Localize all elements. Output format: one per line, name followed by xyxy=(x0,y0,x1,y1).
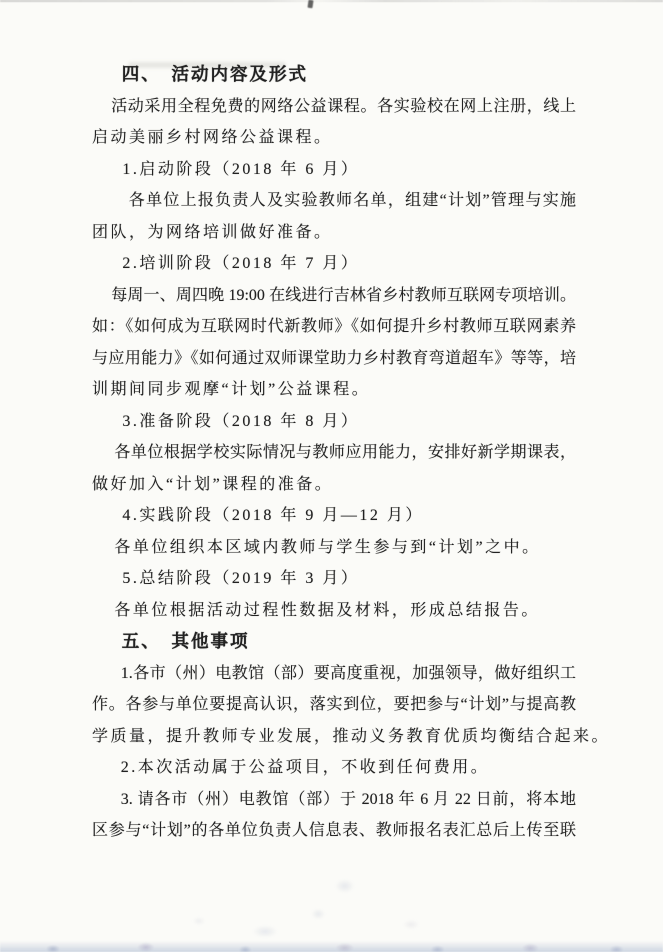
document-page: 四、 活动内容及形式活动采用全程免费的网络公益课程。各实验校在网上注册，线上启动… xyxy=(0,0,663,952)
paragraph-line: 3.准备阶段（2018 年 8 月） xyxy=(92,406,576,438)
paragraph-line: 学质量，提升教师专业发展，推动义务教育优质均衡结合起来。 xyxy=(92,721,576,753)
section-heading: 四、 活动内容及形式 xyxy=(92,59,576,91)
paragraph: 2.本次活动属于公益项目，不收到任何费用。 xyxy=(92,752,576,784)
section-heading-line: 五、 其他事项 xyxy=(92,626,576,658)
paragraph-line: 2.培训阶段（2018 年 7 月） xyxy=(92,248,576,280)
paragraph-line: 2.本次活动属于公益项目，不收到任何费用。 xyxy=(92,752,576,784)
paragraph-line: 训期间同步观摩“计划”公益课程。 xyxy=(92,374,576,406)
paragraph: 1.启动阶段（2018 年 6 月） xyxy=(92,154,576,186)
paragraph: 1.各市（州）电教馆（部）要高度重视，加强领导，做好组织工作。各参与单位要提高认… xyxy=(92,658,576,753)
section-heading: 五、 其他事项 xyxy=(92,626,576,658)
paragraph-line: 各单位根据活动过程性数据及材料，形成总结报告。 xyxy=(92,595,576,627)
section-heading-line: 四、 活动内容及形式 xyxy=(92,59,576,91)
scan-artifact-top-edge-line xyxy=(0,0,663,2)
paragraph: 活动采用全程免费的网络公益课程。各实验校在网上注册，线上启动美丽乡村网络公益课程… xyxy=(92,91,576,154)
paragraph-line: 做好加入“计划”课程的准备。 xyxy=(92,469,576,501)
paragraph: 2.培训阶段（2018 年 7 月） xyxy=(92,248,576,280)
paragraph-line: 如：《如何成为互联网时代新教师》《如何提升乡村教师互联网素养 xyxy=(92,311,576,343)
paragraph-line: 团队，为网络培训做好准备。 xyxy=(92,217,576,249)
paragraph-line: 作。各参与单位要提高认识，落实到位，要把参与“计划”与提高教 xyxy=(92,689,576,721)
paragraph-line: 4.实践阶段（2018 年 9 月—12 月） xyxy=(92,500,576,532)
paragraph-line: 启动美丽乡村网络公益课程。 xyxy=(92,122,576,154)
paragraph-line: 1.启动阶段（2018 年 6 月） xyxy=(92,154,576,186)
paragraph: 4.实践阶段（2018 年 9 月—12 月） xyxy=(92,500,576,532)
paragraph-line: 与应用能力》《如何通过双师课堂助力乡村教育弯道超车》等等，培 xyxy=(92,343,576,375)
paragraph: 各单位根据活动过程性数据及材料，形成总结报告。 xyxy=(92,595,576,627)
paragraph: 每周一、周四晚 19:00 在线进行吉林省乡村教师互联网专项培训。如：《如何成为… xyxy=(92,280,576,406)
scan-artifact-bottom-band xyxy=(0,940,663,952)
paragraph: 5.总结阶段（2019 年 3 月） xyxy=(92,563,576,595)
paragraph-line: 各单位组织本区域内教师与学生参与到“计划”之中。 xyxy=(92,532,576,564)
paragraph-line: 各单位根据学校实际情况与教师应用能力，安排好新学期课表， xyxy=(92,437,576,469)
paragraph: 3.准备阶段（2018 年 8 月） xyxy=(92,406,576,438)
paragraph-line: 区参与“计划”的各单位负责人信息表、教师报名表汇总后上传至联 xyxy=(92,815,576,847)
paragraph: 各单位组织本区域内教师与学生参与到“计划”之中。 xyxy=(92,532,576,564)
paragraph-line: 每周一、周四晚 19:00 在线进行吉林省乡村教师互联网专项培训。 xyxy=(92,280,576,312)
paragraph: 3. 请各市（州）电教馆（部）于 2018 年 6 月 22 日前，将本地区参与… xyxy=(92,784,576,847)
paragraph-line: 1.各市（州）电教馆（部）要高度重视，加强领导，做好组织工 xyxy=(92,658,576,690)
scan-artifact-bottom-speckles xyxy=(0,872,663,942)
paragraph: 各单位上报负责人及实验教师名单，组建“计划”管理与实施团队，为网络培训做好准备。 xyxy=(92,185,576,248)
document-body: 四、 活动内容及形式活动采用全程免费的网络公益课程。各实验校在网上注册，线上启动… xyxy=(92,59,576,847)
paragraph: 各单位根据学校实际情况与教师应用能力，安排好新学期课表，做好加入“计划”课程的准… xyxy=(92,437,576,500)
scan-artifact-top-speck xyxy=(307,0,313,8)
paragraph-line: 5.总结阶段（2019 年 3 月） xyxy=(92,563,576,595)
paragraph-line: 各单位上报负责人及实验教师名单，组建“计划”管理与实施 xyxy=(92,185,576,217)
paragraph-line: 活动采用全程免费的网络公益课程。各实验校在网上注册，线上 xyxy=(92,91,576,123)
paragraph-line: 3. 请各市（州）电教馆（部）于 2018 年 6 月 22 日前，将本地 xyxy=(92,784,576,816)
